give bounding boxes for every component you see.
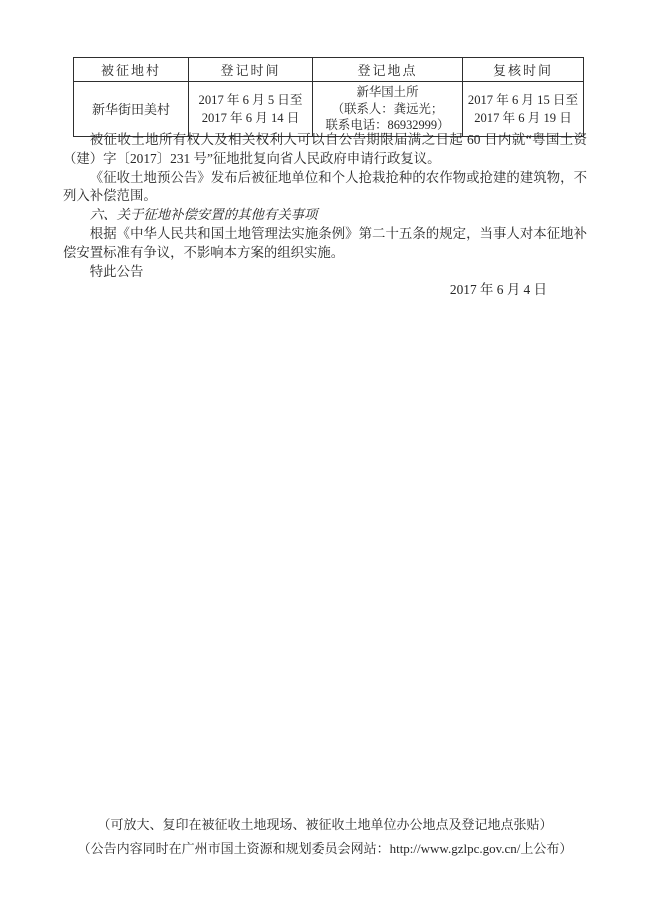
footer-note-website: （公告内容同时在广州市国土资源和规划委员会网站：http://www.gzlpc… [0, 837, 650, 861]
footer-notes: （可放大、复印在被征收土地现场、被征收土地单位办公地点及登记地点张贴） （公告内… [0, 813, 650, 861]
header-cell-register-place: 登记地点 [313, 58, 463, 82]
section-heading-six: 六、关于征地补偿安置的其他有关事项 [63, 206, 587, 225]
cell-review-time: 2017 年 6 月 15 日至 2017 年 6 月 19 日 [463, 82, 584, 137]
header-cell-review-time: 复核时间 [463, 58, 584, 82]
table-header-row: 被征地村 登记时间 登记地点 复核时间 [74, 58, 584, 82]
paragraph-dispute-clause: 根据《中华人民共和国土地管理法实施条例》第二十五条的规定，当事人对本征地补偿安置… [63, 225, 587, 263]
land-registration-table: 被征地村 登记时间 登记地点 复核时间 新华街田美村 2017 年 6 月 5 … [73, 57, 584, 137]
cell-village: 新华街田美村 [74, 82, 189, 137]
paragraph-pre-announcement: 《征收土地预公告》发布后被征地单位和个人抢栽抢种的农作物或抢建的建筑物，不列入补… [63, 169, 587, 207]
notice-body: 被征收土地所有权人及相关权利人可以自公告期限届满之日起 60 日内就“粤国土资（… [63, 131, 587, 300]
issue-date: 2017 年 6 月 4 日 [63, 281, 587, 300]
paragraph-administrative-review: 被征收土地所有权人及相关权利人可以自公告期限届满之日起 60 日内就“粤国土资（… [63, 131, 587, 169]
closing-statement: 特此公告 [63, 263, 587, 282]
cell-register-place: 新华国土所 （联系人：龚远光； 联系电话：86932999） [313, 82, 463, 137]
footer-note-posting: （可放大、复印在被征收土地现场、被征收土地单位办公地点及登记地点张贴） [0, 813, 650, 837]
table-row: 新华街田美村 2017 年 6 月 5 日至 2017 年 6 月 14 日 新… [74, 82, 584, 137]
cell-register-time: 2017 年 6 月 5 日至 2017 年 6 月 14 日 [189, 82, 313, 137]
document-page: 被征地村 登记时间 登记地点 复核时间 新华街田美村 2017 年 6 月 5 … [0, 0, 650, 919]
header-cell-register-time: 登记时间 [189, 58, 313, 82]
header-cell-village: 被征地村 [74, 58, 189, 82]
